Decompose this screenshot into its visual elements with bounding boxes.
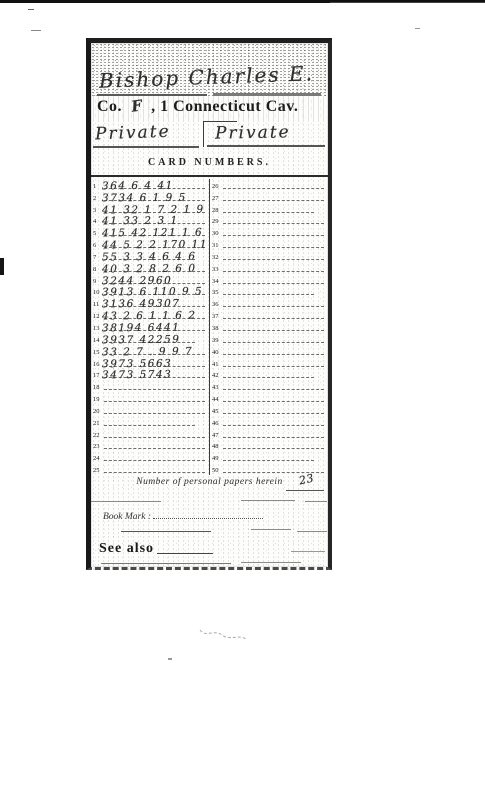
card-number-row: 48 (210, 440, 328, 452)
personal-papers-label: Number of personal papers herein (136, 477, 283, 487)
card-number-row: 23734 6 1 9 5 (91, 191, 209, 203)
row-line-number: 47 (210, 432, 222, 440)
scan-artifact (28, 9, 34, 10)
card-number-row: 35 (210, 286, 328, 298)
see-also-underline (157, 553, 213, 554)
card-number-row: 25 (91, 463, 209, 475)
card-number-row: 22 (91, 428, 209, 440)
card-number-row: 19 (91, 392, 209, 404)
card-numbers-heading: CARD NUMBERS. (91, 151, 328, 171)
card-number-row: 20 (91, 404, 209, 416)
row-line-number: 49 (210, 455, 222, 463)
card-number-row: 21 (91, 416, 209, 428)
row-line-number: 34 (210, 278, 222, 286)
row-dotted-line (223, 377, 314, 378)
row-dotted-line (223, 235, 324, 236)
row-line-number: 28 (210, 207, 222, 215)
see-also-label: See also (99, 541, 154, 556)
row-dotted-line (223, 271, 324, 272)
service-record-card: Bishop Charles E. Co. F , 1 Connecticut … (86, 38, 332, 570)
rank-divider (203, 121, 204, 147)
card-number-row: 163973 5663 (91, 357, 209, 369)
row-line-number: 33 (210, 266, 222, 274)
scanned-document-page: Bishop Charles E. Co. F , 1 Connecticut … (0, 0, 485, 800)
rank-section: Private Private (91, 121, 328, 151)
row-dotted-line (104, 460, 205, 461)
card-number-row: 43 (210, 380, 328, 392)
dash-segment (305, 501, 327, 502)
row-line-number: 43 (210, 384, 222, 392)
row-line-number: 39 (210, 337, 222, 345)
row-dotted-line (223, 389, 324, 390)
row-line-number: 25 (91, 467, 103, 475)
card-number-row: 45 (210, 404, 328, 416)
card-number-row: 5415 42 121 1 6 (91, 226, 209, 238)
card-number-row: 1533 2 7 . 9 9 7 (91, 345, 209, 357)
card-number-row: 37 (210, 309, 328, 321)
see-also-line: See also (91, 537, 328, 559)
row-line-number: 48 (210, 443, 222, 451)
rank-underline (207, 145, 325, 147)
row-line-number: 38 (210, 325, 222, 333)
row-line-number: 41 (210, 361, 222, 369)
card-number-row: 24 (91, 451, 209, 463)
card-number-row: 46 (210, 416, 328, 428)
card-number-row: 341 32 1 7 2 1 9 (91, 203, 209, 215)
card-number-row: 18 (91, 380, 209, 392)
dash-band (91, 525, 328, 537)
row-dotted-line (223, 460, 314, 461)
scan-artifact (415, 28, 420, 29)
company-letter-handwritten: F (125, 96, 147, 117)
row-dotted-line (223, 342, 324, 343)
card-numbers-table: 1364 6 4 4123734 6 1 9 5341 32 1 7 2 1 9… (91, 179, 328, 475)
card-number-row: 840 3 2 8 2 6 0 (91, 262, 209, 274)
dash-segment (241, 500, 295, 501)
rank-underline (93, 146, 199, 148)
card-number-row: 49 (210, 451, 328, 463)
dash-segment (101, 563, 231, 564)
card-number-row: 32 (210, 250, 328, 262)
dash-segment (291, 551, 325, 552)
scan-artifact (31, 30, 41, 31)
company-prefix-label: Co. (97, 98, 122, 115)
dash-segment (121, 531, 211, 532)
card-number-row: 31 (210, 238, 328, 250)
card-number-row: 173473 5743 (91, 369, 209, 381)
card-number-row: 34 (210, 274, 328, 286)
row-dotted-line (104, 437, 205, 438)
book-mark-dotted-line (153, 510, 263, 519)
card-number-row: 1338194 6441 (91, 321, 209, 333)
row-line-number: 24 (91, 455, 103, 463)
card-number-row: 47 (210, 428, 328, 440)
row-dotted-line (104, 389, 205, 390)
row-line-number: 22 (91, 432, 103, 440)
row-line-number: 35 (210, 289, 222, 297)
book-mark-label: Book Mark : (103, 512, 151, 522)
row-dotted-line (223, 283, 324, 284)
card-number-row: 1364 6 4 41 (91, 179, 209, 191)
card-number-row: 42 (210, 369, 328, 381)
dash-segment (91, 501, 161, 502)
row-dotted-line (223, 212, 314, 213)
card-number-row: 44 (210, 392, 328, 404)
row-line-number: 32 (210, 254, 222, 262)
dash-segment (251, 529, 291, 530)
papers-underline (286, 490, 324, 491)
unit-line: Co. F , 1 Connecticut Cav. (91, 97, 328, 121)
dash-segment (297, 531, 327, 532)
row-line-number: 37 (210, 313, 222, 321)
card-number-row: 113136 49307 (91, 297, 209, 309)
card-number-row: 644 5 2 2 170 11 (91, 238, 209, 250)
card-number-row: 41 (210, 357, 328, 369)
row-line-number: 50 (210, 467, 222, 475)
card-number-row: 27 (210, 191, 328, 203)
row-line-number: 18 (91, 384, 103, 392)
row-line-number: 40 (210, 349, 222, 357)
personal-papers-line: Number of personal papers herein 23 (91, 477, 328, 495)
regiment-label: , 1 Connecticut Cav. (151, 98, 298, 115)
card-number-row: 36 (210, 297, 328, 309)
row-dotted-line (104, 425, 195, 426)
row-dotted-line (223, 247, 324, 248)
row-line-number: 44 (210, 396, 222, 404)
row-line-number: 19 (91, 396, 103, 404)
rank-out-handwritten: Private (215, 122, 291, 143)
row-dotted-line (223, 259, 324, 260)
scan-squiggle-artifact (196, 626, 252, 644)
row-dotted-line (223, 223, 324, 224)
row-line-number: 21 (91, 420, 103, 428)
card-number-row: 33 (210, 262, 328, 274)
card-number-row: 441 33 2 3 1 (91, 215, 209, 227)
row-dotted-line (223, 200, 324, 201)
row-dotted-line (223, 318, 324, 319)
heading-rule (91, 175, 328, 177)
row-dotted-line (223, 330, 324, 331)
row-dotted-line (223, 448, 324, 449)
row-line-number: 45 (210, 408, 222, 416)
card-number-row: 28 (210, 203, 328, 215)
row-dotted-line (104, 472, 205, 473)
card-number-row: 93244 2960 (91, 274, 209, 286)
dash-segment (241, 562, 301, 563)
row-line-number: 36 (210, 301, 222, 309)
row-line-number: 20 (91, 408, 103, 416)
row-line-number: 26 (210, 183, 222, 191)
row-dotted-line (104, 413, 205, 414)
card-number-row: 40 (210, 345, 328, 357)
row-dotted-line (223, 354, 324, 355)
row-line-number: 29 (210, 218, 222, 226)
card-number-row: 103913 6 110 9 5 (91, 286, 209, 298)
card-number-row: 26 (210, 179, 328, 191)
row-line-number: 27 (210, 195, 222, 203)
row-dotted-line (223, 437, 324, 438)
row-line-number: 42 (210, 372, 222, 380)
personal-papers-count-handwritten: 23 (298, 472, 315, 488)
row-dotted-line (223, 188, 324, 189)
name-section: Bishop Charles E. (91, 43, 328, 97)
row-dotted-line (223, 413, 324, 414)
row-dotted-line (223, 294, 314, 295)
row-dotted-line (223, 366, 324, 367)
card-number-row: 143937 42259 (91, 333, 209, 345)
dash-band (91, 495, 328, 507)
soldier-name-handwritten: Bishop Charles E. (99, 61, 315, 92)
scan-edge-bar (0, 0, 485, 3)
dash-band (91, 559, 328, 571)
card-number-row: 39 (210, 333, 328, 345)
book-mark-line: Book Mark : (91, 507, 328, 525)
card-number-row: 1243 2 6 1 1 6 2 (91, 309, 209, 321)
card-numbers-column-left: 1364 6 4 4123734 6 1 9 5341 32 1 7 2 1 9… (91, 179, 209, 475)
row-dotted-line (104, 401, 205, 402)
scan-artifact (168, 658, 172, 660)
card-numbers-column-right: 2627282930313233343536373839404142434445… (209, 179, 328, 475)
row-dotted-line (223, 401, 324, 402)
row-dotted-line (104, 448, 205, 449)
card-number-row: 23 (91, 440, 209, 452)
card-number-row: 29 (210, 215, 328, 227)
row-line-number: 23 (91, 443, 103, 451)
name-underline (97, 94, 207, 96)
name-underline (213, 93, 321, 96)
card-number-row: 30 (210, 226, 328, 238)
row-line-number: 46 (210, 420, 222, 428)
row-dotted-line (223, 306, 324, 307)
row-line-number: 31 (210, 242, 222, 250)
scan-artifact (0, 258, 4, 275)
rank-in-handwritten: Private (95, 122, 171, 145)
card-number-row: 755 3 3 4 6 4 6 (91, 250, 209, 262)
row-line-number: 30 (210, 230, 222, 238)
row-dotted-line (223, 425, 324, 426)
card-number-row: 38 (210, 321, 328, 333)
